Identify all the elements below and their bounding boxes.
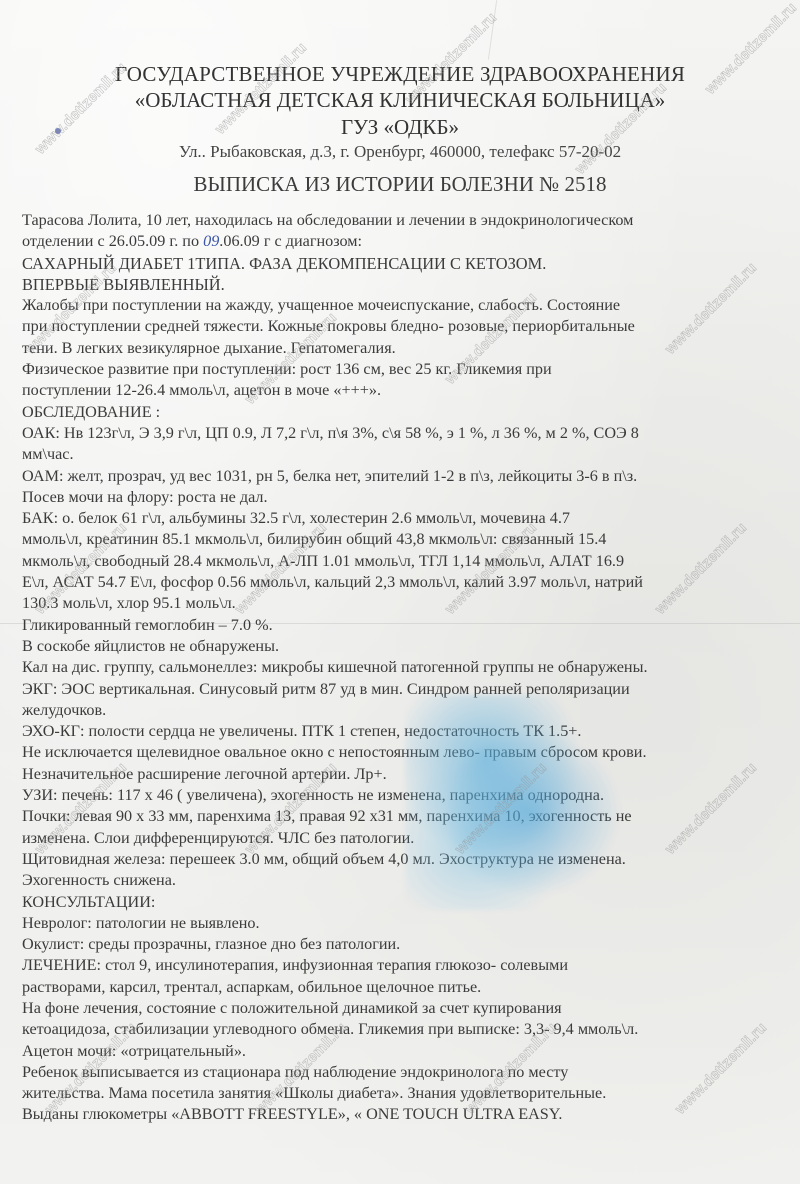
body-line: растворами, карсил, трентал, аспаркам, о… (22, 977, 792, 998)
body-line: Ребенок выписывается из стационара под н… (22, 1062, 792, 1083)
intro-line-2-before: отделении с 26.05.09 г. по (22, 232, 203, 250)
body-line: кетоацидоза, стабилизации углеводного об… (22, 1019, 792, 1040)
body-line: В соскобе яйцлистов не обнаружены. (22, 636, 792, 657)
body-line: Окулист: среды прозрачны, глазное дно бе… (22, 934, 792, 955)
scanned-paper: ГОСУДАРСТВЕННОЕ УЧРЕЖДЕНИЕ ЗДРАВООХРАНЕН… (0, 0, 800, 1184)
body-line: На фоне лечения, состояние с положительн… (22, 998, 792, 1019)
institution-short-name: ГУЗ «ОДКБ» (0, 115, 800, 140)
institution-address: Ул.. Рыбаковская, д.3, г. Оренбург, 4600… (0, 142, 800, 162)
body-line: Е\л, АСАТ 54.7 Е\л, фосфор 0.56 ммоль\л,… (22, 572, 792, 593)
body-line: Гликированный гемоглобин – 7.0 %. (22, 615, 792, 636)
body-line: Ацетон мочи: «отрицательный». (22, 1041, 792, 1062)
body-line: БАК: о. белок 61 г\л, альбумины 32.5 г\л… (22, 508, 792, 529)
body-line: Щитовидная железа: перешеек 3.0 мм, общи… (22, 849, 792, 870)
body-line: Невролог: патологии не выявлено. (22, 913, 792, 934)
body-line: Почки: левая 90 х 33 мм, паренхима 13, п… (22, 806, 792, 827)
body-line: Незначительное расширение легочной артер… (22, 764, 792, 785)
body-line: Кал на дис. группу, сальмонеллез: микроб… (22, 657, 792, 678)
body-line: КОНСУЛЬТАЦИИ: (22, 892, 792, 913)
document-body: Тарасова Лолита, 10 лет, находилась на о… (22, 210, 792, 1126)
body-line: изменена. Слои дифференцируются. ЧЛС без… (22, 828, 792, 849)
body-line: поступлении 12-26.4 ммоль\л, ацетон в мо… (22, 380, 792, 401)
body-line: ммоль\л, креатинин 85.1 мкмоль\л, билиру… (22, 529, 792, 550)
institution-line-1: ГОСУДАРСТВЕННОЕ УЧРЕЖДЕНИЕ ЗДРАВООХРАНЕН… (0, 62, 800, 87)
intro-line-2: отделении с 26.05.09 г. по 09.06.09 г с … (22, 231, 792, 252)
body-line: желудочков. (22, 700, 792, 721)
body-line: Эхогенность снижена. (22, 870, 792, 891)
body-line: ОБСЛЕДОВАНИЕ : (22, 402, 792, 423)
body-line: жительства. Мама посетила занятия «Школы… (22, 1083, 792, 1104)
diagnosis-line: ВПЕРВЫЕ ВЫЯВЛЕННЫЙ. (22, 274, 792, 295)
body-line: ЭХО-КГ: полости сердца не увеличены. ПТК… (22, 721, 792, 742)
body-line: УЗИ: печень: 117 х 46 ( увеличена), эхог… (22, 785, 792, 806)
body-line: ОАК: Нв 123г\л, Э 3,9 г\л, ЦП 0.9, Л 7,2… (22, 423, 792, 444)
document-title: ВЫПИСКА ИЗ ИСТОРИИ БОЛЕЗНИ № 2518 (0, 172, 800, 197)
intro-line-1: Тарасова Лолита, 10 лет, находилась на о… (22, 210, 792, 231)
body-line: ЭКГ: ЭОС вертикальная. Синусовый ритм 87… (22, 679, 792, 700)
body-line: Выданы глюкометры «ABBOTT FREESTYLE», « … (22, 1104, 792, 1125)
institution-line-2: «ОБЛАСТНАЯ ДЕТСКАЯ КЛИНИЧЕСКАЯ БОЛЬНИЦА» (0, 88, 800, 113)
diagnosis-line: САХАРНЫЙ ДИАБЕТ 1ТИПА. ФАЗА ДЕКОМПЕНСАЦИ… (22, 253, 792, 274)
handwritten-date: 09 (203, 232, 219, 250)
body-line: Посев мочи на флору: роста не дал. (22, 487, 792, 508)
body-line: тени. В легких везикулярное дыхание. Геп… (22, 338, 792, 359)
body-line: ОАМ: желт, прозрач, уд вес 1031, рн 5, б… (22, 466, 792, 487)
body-line: Физическое развитие при поступлении: рос… (22, 359, 792, 380)
paper-crease (488, 0, 497, 60)
body-line: Жалобы при поступлении на жажду, учащенн… (22, 295, 792, 316)
body-line: мкмоль\л, свободный 28.4 мкмоль\л, А-ЛП … (22, 551, 792, 572)
body-line: 130.3 моль\л, хлор 95.1 моль\л. (22, 593, 792, 614)
body-line: мм\час. (22, 444, 792, 465)
body-line: Не исключается щелевидное овальное окно … (22, 742, 792, 763)
body-line: при поступлении средней тяжести. Кожные … (22, 316, 792, 337)
intro-line-2-after: .06.09 г с диагнозом: (219, 232, 362, 250)
body-line: ЛЕЧЕНИЕ: стол 9, инсулинотерапия, инфузи… (22, 955, 792, 976)
body-lines: Жалобы при поступлении на жажду, учащенн… (22, 295, 792, 1126)
